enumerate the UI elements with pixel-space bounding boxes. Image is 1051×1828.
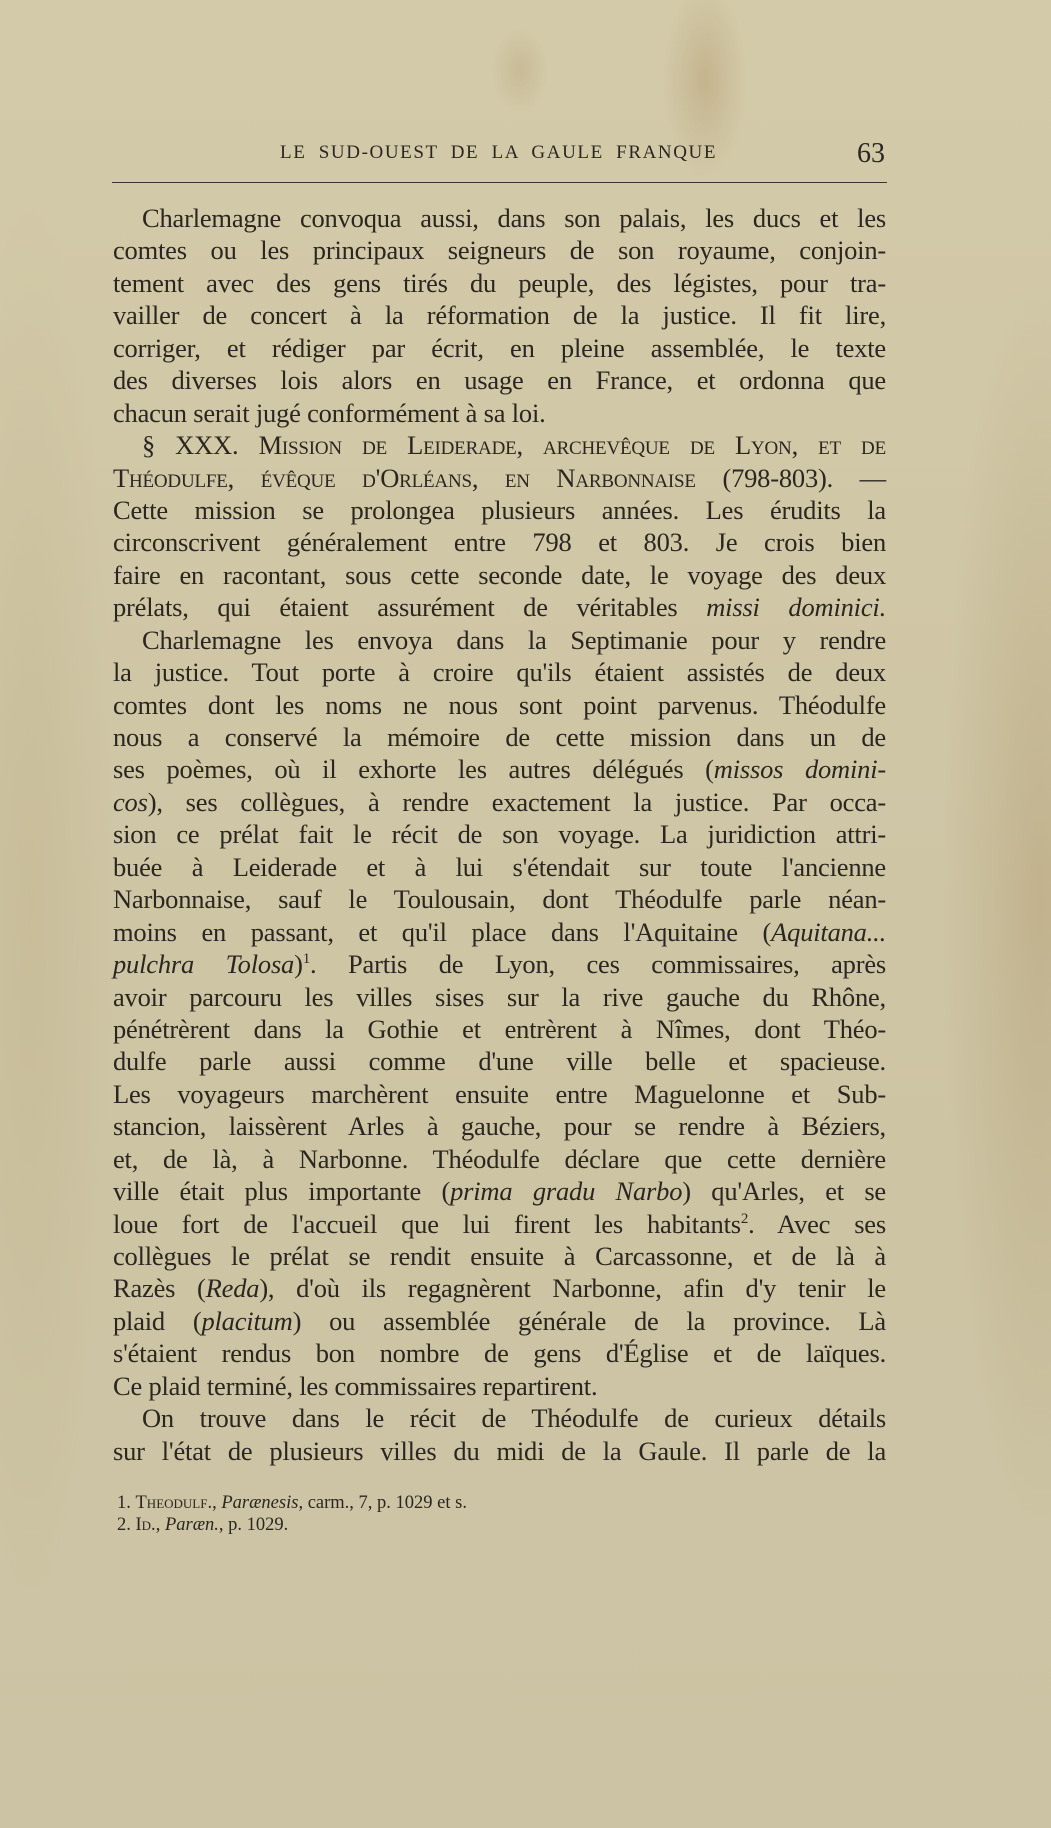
text-line: ville était plus importante (prima gradu… (113, 1175, 886, 1207)
latin-term: Aquitana... (771, 917, 886, 947)
text-line: dulfe parle aussi comme d'une ville bell… (113, 1045, 886, 1077)
footnote-number: 2. (117, 1515, 131, 1535)
book-page: LE SUD-OUEST DE LA GAULE FRANQUE 63 Char… (0, 0, 1051, 1828)
section-title: Théodulfe, évêque d'Orléans, en Narbonna… (113, 463, 696, 493)
paragraph-3: Charlemagne les envoya dans la Septimani… (113, 624, 886, 1403)
header-rule (112, 182, 887, 183)
text-line: collègues le prélat se rendit ensuite à … (113, 1240, 886, 1272)
text-span: ville était plus importante ( (113, 1176, 450, 1206)
text-line: pulchra Tolosa)1. Partis de Lyon, ces co… (113, 948, 886, 980)
section-dates: (798-803). — (722, 463, 886, 493)
text-line: nous a conservé la mémoire de cette miss… (113, 721, 886, 753)
text-line: cos), ses collègues, à rendre exactement… (113, 786, 886, 818)
text-line: buée à Leiderade et à lui s'étendait sur… (113, 851, 886, 883)
section-heading-line: § XXX. Mission de Leiderade, archevêque … (113, 429, 886, 461)
text-line: sur l'état de plusieurs villes du midi d… (113, 1435, 886, 1467)
text-line: comtes ou les principaux seigneurs de so… (113, 234, 886, 266)
footnote-1: 1. Theodulf., Parænesis, carm., 7, p. 10… (117, 1493, 717, 1515)
text-line: avoir parcouru les villes sises sur la r… (113, 981, 886, 1013)
footnote-author: Theodulf. (136, 1493, 213, 1513)
latin-term: missos domini- (714, 754, 886, 784)
running-head: LE SUD-OUEST DE LA GAULE FRANQUE 63 (112, 138, 887, 172)
text-line: la justice. Tout porte à croire qu'ils é… (113, 656, 886, 688)
section-title: Mission de Leiderade, archevêque de Lyon… (259, 430, 886, 460)
text-line: Razès (Reda), d'où ils regagnèrent Narbo… (113, 1272, 886, 1304)
text-line: sion ce prélat fait le récit de son voya… (113, 818, 886, 850)
text-line: corriger, et rédiger par écrit, en plein… (113, 332, 886, 364)
text-span: ses poèmes, où il exhorte les autres dél… (113, 754, 714, 784)
text-line: des diverses lois alors en usage en Fran… (113, 364, 886, 396)
footnote-rest: , p. 1029. (219, 1515, 288, 1535)
text-line: stancion, laissèrent Arles à gauche, pou… (113, 1110, 886, 1142)
text-line: moins en passant, et qu'il place dans l'… (113, 916, 886, 948)
text-span: ) qu'Arles, et se (682, 1176, 886, 1206)
footnote-author: Id. (136, 1515, 156, 1535)
section-mark: § XXX. (142, 430, 238, 460)
text-span: prélats, qui étaient assurément de vérit… (113, 592, 678, 622)
text-span: plaid ( (113, 1306, 201, 1336)
page-number: 63 (857, 138, 885, 170)
latin-term: Reda (206, 1273, 260, 1303)
footnotes: 1. Theodulf., Parænesis, carm., 7, p. 10… (117, 1493, 717, 1536)
text-line: On trouve dans le récit de Théodulfe de … (113, 1402, 886, 1434)
footnote-rest: , carm., 7, p. 1029 et s. (298, 1493, 467, 1513)
text-line: pénétrèrent dans la Gothie et entrèrent … (113, 1013, 886, 1045)
section-xxx: § XXX. Mission de Leiderade, archevêque … (113, 429, 886, 624)
latin-term: missi dominici. (706, 592, 886, 622)
text-line: plaid (placitum) ou assemblée générale d… (113, 1305, 886, 1337)
text-line: prélats, qui étaient assurément de vérit… (113, 591, 886, 623)
text-line: loue fort de l'accueil que lui firent le… (113, 1208, 886, 1240)
text-span: moins en passant, et qu'il place dans l'… (113, 917, 771, 947)
text-line: tement avec des gens tirés du peuple, de… (113, 267, 886, 299)
text-line: ses poèmes, où il exhorte les autres dél… (113, 753, 886, 785)
text-line: Ce plaid terminé, les commissaires repar… (113, 1370, 886, 1402)
text-span: ), d'où ils regagnèrent Narbonne, afin d… (259, 1273, 886, 1303)
latin-term: prima gradu Narbo (450, 1176, 682, 1206)
text-span: ), ses collègues, à rendre exactement la… (148, 787, 886, 817)
text-span: Razès ( (113, 1273, 206, 1303)
latin-term: placitum (201, 1306, 292, 1336)
text-span: ) (294, 949, 303, 979)
footnote-title: Parænesis (221, 1493, 298, 1513)
text-line: chacun serait jugé conformément à sa loi… (113, 397, 886, 429)
text-line: Charlemagne convoqua aussi, dans son pal… (113, 202, 886, 234)
text-line: Les voyageurs marchèrent ensuite entre M… (113, 1078, 886, 1110)
text-line: Charlemagne les envoya dans la Septimani… (113, 624, 886, 656)
text-line: et, de là, à Narbonne. Théodulfe déclare… (113, 1143, 886, 1175)
text-line: faire en racontant, sous cette seconde d… (113, 559, 886, 591)
text-line: vailler de concert à la réformation de l… (113, 299, 886, 331)
footnote-ref-1[interactable]: 1 (303, 951, 310, 967)
text-span: . Avec ses (748, 1209, 886, 1239)
paragraph-1: Charlemagne convoqua aussi, dans son pal… (113, 202, 886, 429)
text-span: . Partis de Lyon, ces commissaires, aprè… (310, 949, 886, 979)
text-line: Narbonnaise, sauf le Toulousain, dont Th… (113, 883, 886, 915)
latin-term: pulchra Tolosa (113, 949, 294, 979)
text-span: loue fort de l'accueil que lui firent le… (113, 1209, 741, 1239)
section-heading-line: Théodulfe, évêque d'Orléans, en Narbonna… (113, 462, 886, 494)
text-line: circonscrivent généralement entre 798 et… (113, 526, 886, 558)
text-line: comtes dont les noms ne nous sont point … (113, 689, 886, 721)
footnote-separator: , (156, 1515, 165, 1535)
paragraph-4: On trouve dans le récit de Théodulfe de … (113, 1402, 886, 1467)
footnote-title: Paræn. (165, 1515, 219, 1535)
footnote-number: 1. (117, 1493, 131, 1513)
text-line: Cette mission se prolongea plusieurs ann… (113, 494, 886, 526)
running-title: LE SUD-OUEST DE LA GAULE FRANQUE (280, 142, 717, 164)
latin-term: cos (113, 787, 148, 817)
footnote-2: 2. Id., Paræn., p. 1029. (117, 1515, 717, 1537)
body-text: Charlemagne convoqua aussi, dans son pal… (113, 202, 886, 1467)
text-line: s'étaient rendus bon nombre de gens d'Ég… (113, 1337, 886, 1369)
footnote-separator: , (212, 1493, 221, 1513)
text-span: ) ou assemblée générale de la province. … (293, 1306, 886, 1336)
